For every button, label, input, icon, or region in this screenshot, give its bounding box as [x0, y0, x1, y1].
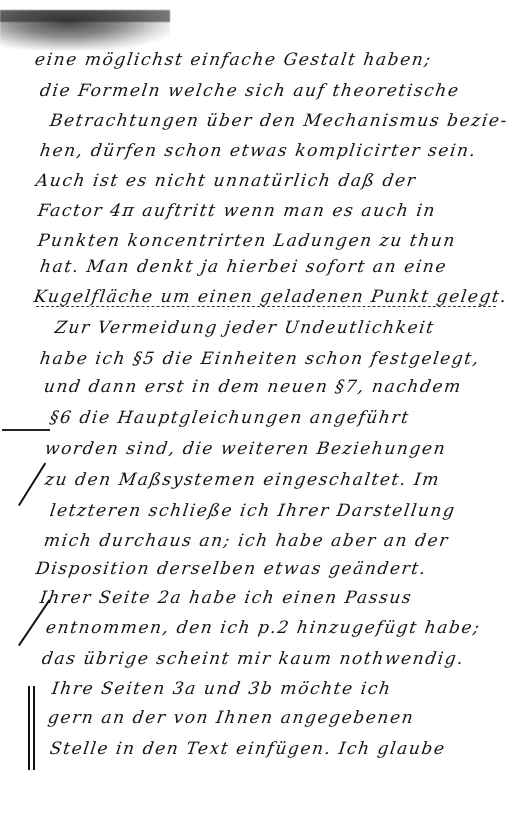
- text-line-23: gern an der von Ihnen angegebenen: [47, 708, 416, 728]
- text-line-24: Stelle in den Text einfügen. Ich glaube: [49, 739, 447, 759]
- document-page: eine möglichst einfache Gestalt haben; d…: [0, 0, 530, 817]
- text-line-13: §6 die Hauptgleichungen angeführt: [49, 408, 411, 428]
- margin-slash-annotation-1: [18, 463, 46, 506]
- text-line-22: Ihre Seiten 3a und 3b möchte ich: [51, 679, 393, 699]
- scan-artifact-smudge: [0, 10, 170, 50]
- text-line-3: Betrachtungen über den Mechanismus bezie…: [49, 111, 510, 131]
- text-line-17: mich durchaus an; ich habe aber an der: [43, 531, 451, 551]
- text-line-14: worden sind, die weiteren Beziehungen: [44, 439, 448, 459]
- margin-rule-annotation: [2, 429, 50, 431]
- text-line-8: hat. Man denkt ja hierbei sofort an eine: [39, 257, 449, 277]
- text-line-7: Punkten koncentrirten Ladungen zu thun: [37, 231, 458, 251]
- text-line-2: die Formeln welche sich auf theoretische: [39, 81, 461, 101]
- text-line-21: das übrige scheint mir kaum nothwendig.: [41, 649, 466, 669]
- text-line-12: und dann erst in dem neuen §7, nachdem: [43, 377, 464, 397]
- text-line-1: eine möglichst einfache Gestalt haben;: [34, 50, 434, 70]
- double-vertical-bar-left: [28, 686, 30, 770]
- text-line-5: Auch ist es nicht unnatürlich daß der: [35, 171, 418, 191]
- text-line-10: Zur Vermeidung jeder Undeutlichkeit: [54, 318, 436, 338]
- text-line-6: Factor 4π auftritt wenn man es auch in: [37, 201, 438, 221]
- margin-slash-annotation-2: [18, 599, 50, 646]
- dotted-underline-annotation: [36, 306, 496, 307]
- text-line-20: entnommen, den ich p.2 hinzugefügt habe;: [45, 618, 482, 638]
- text-line-19: Ihrer Seite 2a habe ich einen Passus: [39, 588, 414, 608]
- text-line-16: letzteren schließe ich Ihrer Darstellung: [49, 501, 457, 521]
- text-line-11: habe ich §5 die Einheiten schon festgele…: [39, 349, 482, 369]
- text-line-18: Disposition derselben etwas geändert.: [35, 559, 429, 579]
- text-line-4: hen, dürfen schon etwas komplicirter sei…: [39, 141, 478, 161]
- double-vertical-bar-right: [33, 686, 35, 770]
- text-line-15: zu den Maßsystemen eingeschaltet. Im: [44, 470, 442, 490]
- text-line-9: Kugelfläche um einen geladenen Punkt gel…: [33, 287, 509, 307]
